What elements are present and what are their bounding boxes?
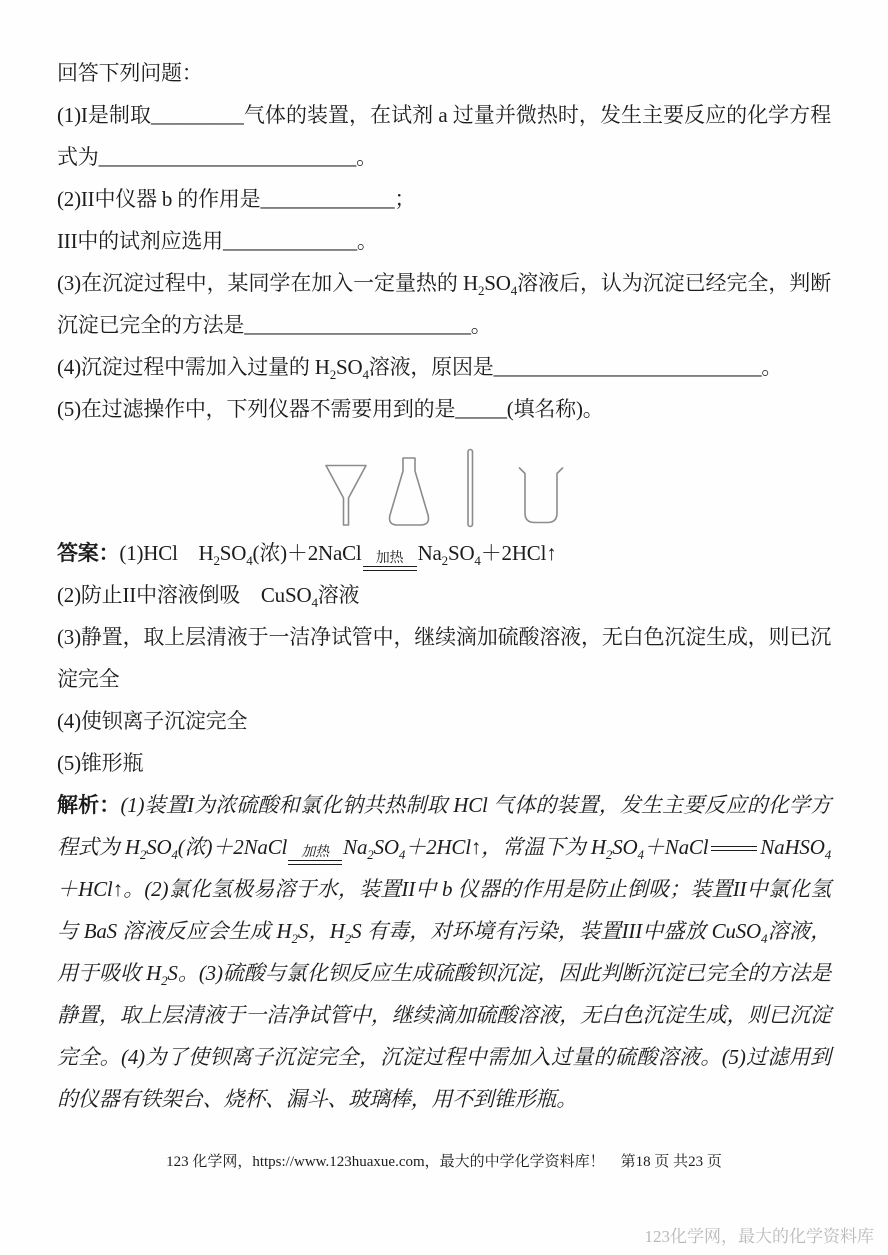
question-4: (4)沉淀过程中需加入过量的 H2SO4溶液，原因是______________… (57, 346, 831, 388)
glass-rod-icon (466, 448, 475, 528)
question-1: (1)I是制取_________气体的装置，在试剂 a 过量并微热时，发生主要反… (57, 94, 831, 178)
analysis-label: 解析： (57, 793, 120, 817)
answer-line-2: (2)防止II中溶液倒吸 CuSO4溶液 (57, 574, 831, 616)
page-footer: 123 化学网，https://www.123huaxue.com，最大的中学化… (0, 1150, 888, 1171)
document-page: 回答下列问题： (1)I是制取_________气体的装置，在试剂 a 过量并微… (0, 0, 888, 1255)
footer-site-info: 123 化学网，https://www.123huaxue.com，最大的中学化… (166, 1154, 605, 1170)
funnel-icon (324, 462, 368, 528)
intro-text: 回答下列问题： (57, 52, 831, 94)
answer-label: 答案： (57, 541, 119, 565)
question-3: (3)在沉淀过程中，某同学在加入一定量热的 H2SO4溶液后，认为沉淀已经完全，… (57, 262, 831, 346)
footer-page-info: 第18 页 共23 页 (621, 1154, 722, 1170)
answer-line-4: (4)使钡离子沉淀完全 (57, 700, 831, 742)
answer-line-3: (3)静置，取上层清液于一洁净试管中，继续滴加硫酸溶液，无白色沉淀生成，则已沉淀… (57, 616, 831, 700)
question-2b: III中的试剂应选用_____________。 (57, 220, 831, 262)
apparatus-figure (57, 440, 831, 528)
conical-flask-icon (386, 456, 432, 528)
answer-line-5: (5)锥形瓶 (57, 742, 831, 784)
beaker-icon (517, 466, 565, 528)
analysis-content: (1)装置I为浓硫酸和氯化钠共热制取 HCl 气体的装置，发生主要反应的化学方程… (57, 793, 831, 1111)
watermark-text: 123化学网，最大的化学资料库 (645, 1222, 875, 1247)
question-5: (5)在过滤操作中，下列仪器不需要用到的是_____(填名称)。 (57, 388, 831, 430)
analysis-paragraph: 解析：(1)装置I为浓硫酸和氯化钠共热制取 HCl 气体的装置，发生主要反应的化… (57, 784, 831, 1120)
question-2a: (2)II中仪器 b 的作用是_____________； (57, 178, 831, 220)
answer-line-1: 答案：(1)HCl H2SO4(浓)＋2NaCl加热Na2SO4＋2HCl↑ (57, 532, 831, 574)
answer-1-content: (1)HCl H2SO4(浓)＋2NaCl加热Na2SO4＋2HCl↑ (119, 541, 556, 565)
